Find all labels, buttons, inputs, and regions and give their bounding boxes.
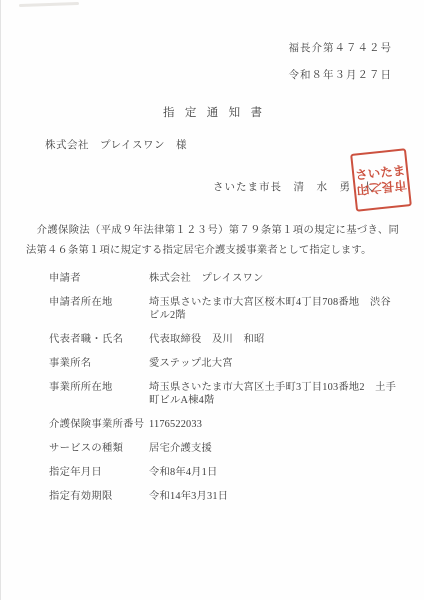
field-table: 申請者 株式会社 プレイスワン 申請者所在地 埼玉県さいたま市大宮区桜木町4丁目… xyxy=(49,272,398,514)
document-title: 指定通知書 xyxy=(1,104,424,120)
field-value: 令和8年4月1日 xyxy=(149,466,398,479)
field-value: 居宅介護支援 xyxy=(149,442,398,455)
field-row-designation-date: 指定年月日 令和8年4月1日 xyxy=(49,466,398,479)
field-row-insurance-office-number: 介護保険事業所番号 1176522033 xyxy=(49,418,398,431)
field-row-office-name: 事業所名 愛ステップ北大宮 xyxy=(49,357,398,370)
field-row-applicant: 申請者 株式会社 プレイスワン xyxy=(49,272,398,285)
field-label: 指定有効期限 xyxy=(49,490,149,503)
field-label: 事業所所在地 xyxy=(49,381,149,394)
issuer-mayor-name: さいたま市長 清 水 勇 人 xyxy=(1,179,374,194)
field-row-office-address: 事業所所在地 埼玉県さいたま市大宮区土手町3丁目103番地2 土手町ビルA棟4階 xyxy=(49,381,398,407)
document-number: 福長介第４７４２号 xyxy=(289,40,393,55)
field-label: 事業所名 xyxy=(49,357,149,370)
field-row-representative: 代表者職・氏名 代表取締役 及川 和昭 xyxy=(49,333,398,346)
field-value: 令和14年3月31日 xyxy=(149,490,398,503)
field-row-expiry-date: 指定有効期限 令和14年3月31日 xyxy=(49,490,398,503)
scan-artifact xyxy=(19,2,79,7)
addressee: 株式会社 プレイスワン 様 xyxy=(45,137,187,152)
field-row-service-type: サービスの種類 居宅介護支援 xyxy=(49,442,398,455)
field-row-applicant-address: 申請者所在地 埼玉県さいたま市大宮区桜木町4丁目708番地 渋谷ビル2階 xyxy=(49,296,398,322)
field-label: 申請者所在地 xyxy=(49,296,149,309)
field-value: 株式会社 プレイスワン xyxy=(149,272,398,285)
document-page: 福長介第４７４２号 令和８年３月２７日 指定通知書 株式会社 プレイスワン 様 … xyxy=(0,0,424,600)
field-label: 申請者 xyxy=(49,272,149,285)
field-value: 1176522033 xyxy=(149,418,398,431)
field-label: 指定年月日 xyxy=(49,466,149,479)
field-value: 代表取締役 及川 和昭 xyxy=(149,333,398,346)
field-value: 埼玉県さいたま市大宮区土手町3丁目103番地2 土手町ビルA棟4階 xyxy=(149,381,398,407)
official-red-seal: さいたま 市長之印 xyxy=(350,148,412,212)
field-value: 埼玉県さいたま市大宮区桜木町4丁目708番地 渋谷ビル2階 xyxy=(149,296,398,322)
field-label: サービスの種類 xyxy=(49,442,149,455)
field-label: 介護保険事業所番号 xyxy=(49,418,149,431)
field-value: 愛ステップ北大宮 xyxy=(149,357,398,370)
body-paragraph: 介護保険法（平成９年法律第１２３号）第７９条第１項の規定に基づき、同法第４６条第… xyxy=(26,221,399,261)
field-label: 代表者職・氏名 xyxy=(49,333,149,346)
document-date: 令和８年３月２７日 xyxy=(289,67,393,82)
